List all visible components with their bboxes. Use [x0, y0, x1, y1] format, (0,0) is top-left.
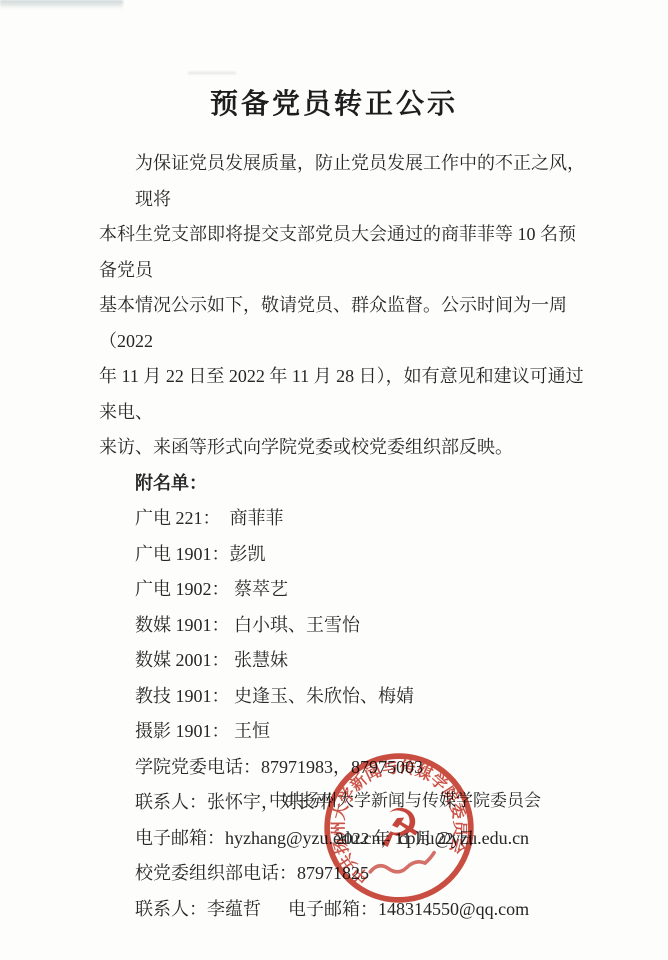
- scanned-notice-page: 预备党员转正公示 为保证党员发展质量，防止党员发展工作中的不正之风，现将 本科生…: [0, 0, 668, 960]
- name-list-item: 广电 1902： 蔡萃艺: [99, 572, 591, 608]
- contact-line: 学院党委电话：87971983，87975003: [99, 750, 591, 786]
- scan-smudge: [0, 0, 123, 9]
- paragraph-line: 基本情况公示如下，敬请党员、群众监督。公示时间为一周（2022: [99, 288, 591, 359]
- paragraph-line: 为保证党员发展质量，防止党员发展工作中的不正之风，现将: [99, 146, 591, 217]
- name-list-item: 广电 221： 商菲菲: [99, 501, 591, 537]
- contact-line: 校党委组织部电话：87971825: [99, 856, 591, 892]
- paragraph-line: 来访、来函等形式向学院党委或校党委组织部反映。: [99, 430, 591, 466]
- scan-smudge: [188, 72, 236, 74]
- name-list-item: 教技 1901： 史逢玉、朱欣怡、梅婧: [99, 679, 591, 715]
- paragraph-line: 年 11 月 22 日至 2022 年 11 月 28 日），如有意见和建议可通…: [99, 359, 591, 430]
- signature-block: 中共扬州大学新闻与传媒学院委员会 2022 年 11 月 22 日: [140, 782, 668, 858]
- name-list-item: 数媒 1901： 白小琪、王雪怡: [99, 608, 591, 644]
- page-title: 预备党员转正公示: [0, 82, 668, 122]
- list-heading: 附名单：: [99, 466, 591, 502]
- name-list-item: 摄影 1901： 王恒: [99, 714, 591, 750]
- issuing-committee: 中共扬州大学新闻与传媒学院委员会: [140, 782, 668, 820]
- name-list-item: 广电 1901：彭凯: [99, 537, 591, 573]
- contact-line: 联系人：李蕴哲 电子邮箱：148314550@qq.com: [99, 892, 591, 928]
- issue-date: 2022 年 11 月 22 日: [140, 820, 668, 858]
- name-list-item: 数媒 2001： 张慧妹: [99, 643, 591, 679]
- paragraph-line: 本科生党支部即将提交支部党员大会通过的商菲菲等 10 名预备党员: [99, 217, 591, 288]
